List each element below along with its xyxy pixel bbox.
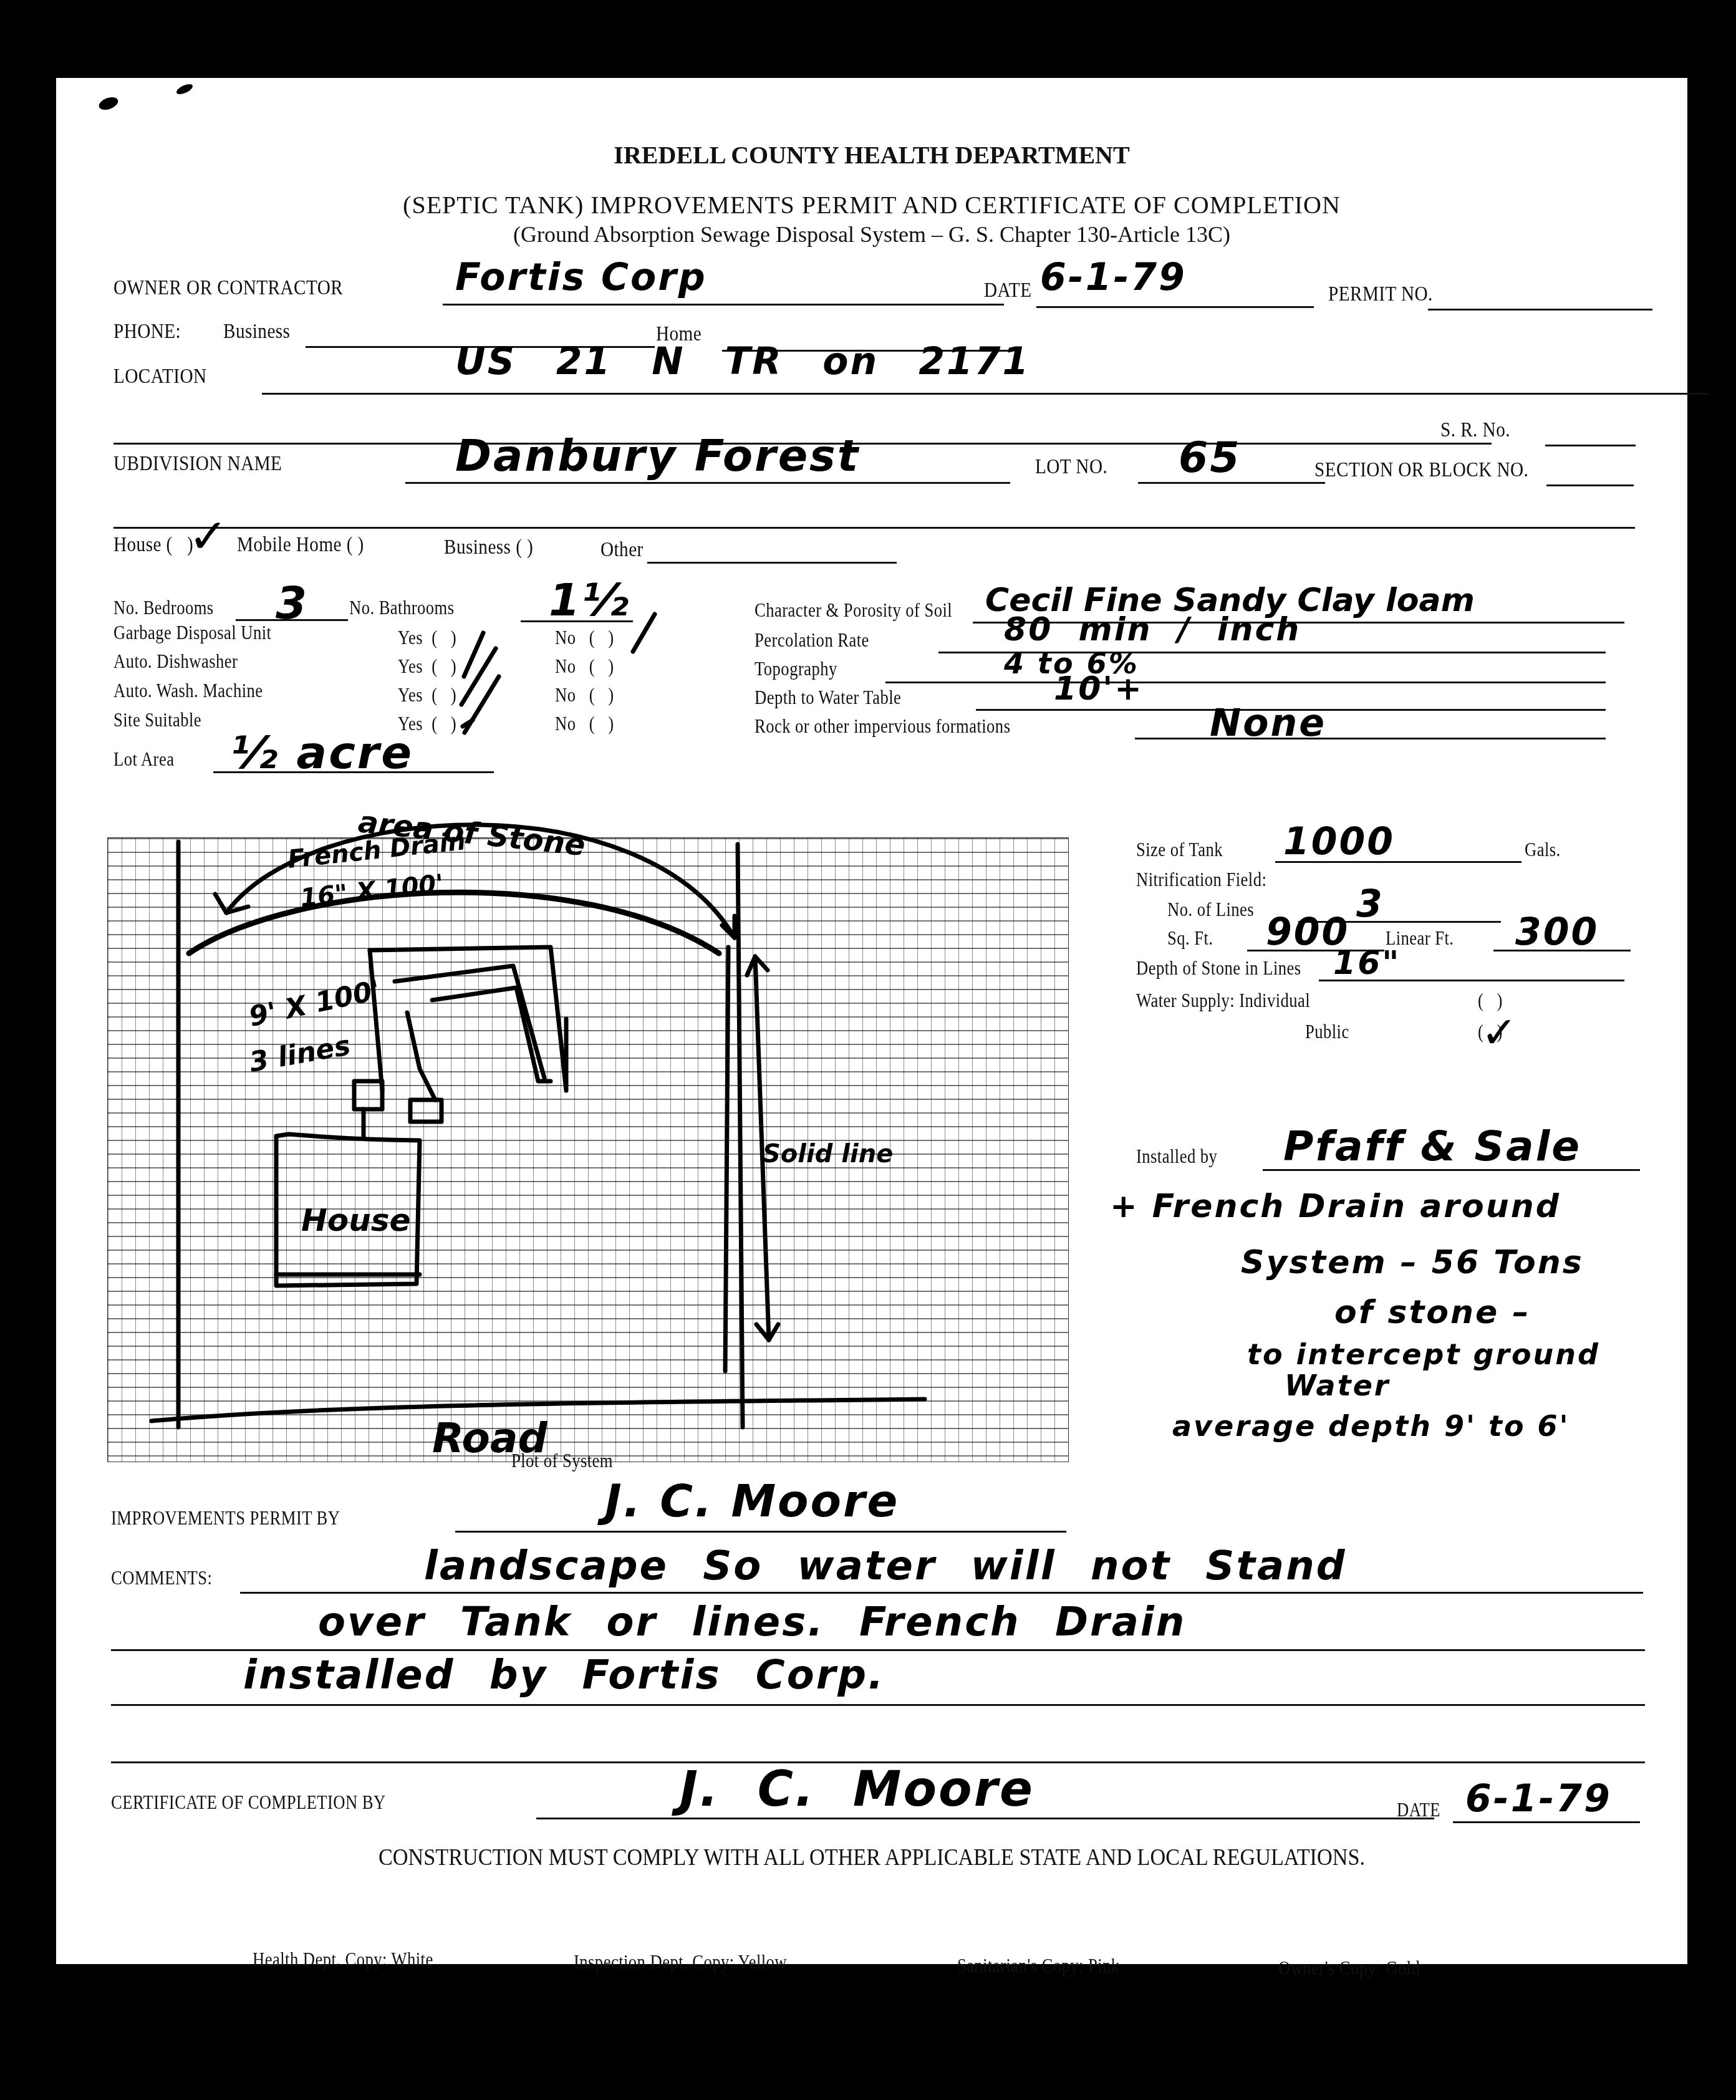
installer-note-line: + French Drain around (1110, 1188, 1561, 1225)
permit-form-page: IREDELL COUNTY HEALTH DEPARTMENT (SEPTIC… (56, 78, 1687, 1964)
copy-note: Owner's Copy: Gold (1278, 1957, 1420, 1980)
installer-note-line: average depth 9' to 6' (1172, 1409, 1570, 1443)
lot-area-field[interactable]: ½ acre (231, 726, 413, 779)
solid-line-note: Solid line (763, 1140, 893, 1168)
compliance-notice: CONSTRUCTION MUST COMPLY WITH ALL OTHER … (138, 1844, 1606, 1871)
soil-character-label: Character & Porosity of Soil (755, 599, 952, 622)
tank-size-label: Size of Tank (1136, 839, 1223, 861)
stone-depth-label: Depth of Stone in Lines (1136, 957, 1301, 980)
installed-by-label: Installed by (1136, 1145, 1217, 1168)
sqft-label: Sq. Ft. (1167, 927, 1213, 950)
certificate-by-label: CERTIFICATE OF COMPLETION BY (111, 1791, 386, 1814)
house-label: House (301, 1202, 410, 1238)
amenity-checkmarks (56, 78, 867, 826)
copy-note: Health Dept. Copy: White (253, 1948, 433, 1971)
french-drain-size-note: 16" X 100' (299, 869, 445, 913)
topography-label: Topography (755, 658, 837, 680)
perc-rate-field[interactable]: 80 min / inch (1004, 611, 1301, 648)
tank-size-field[interactable]: 1000 (1283, 820, 1395, 864)
sr-no-label: S. R. No. (1440, 418, 1510, 442)
public-label: Public (1305, 1021, 1349, 1043)
lines-field[interactable]: 3 (1356, 882, 1384, 926)
water-supply-label: Water Supply: Individual (1136, 990, 1310, 1012)
lines-label: No. of Lines (1167, 898, 1254, 921)
installer-note-line: to intercept ground (1247, 1337, 1600, 1371)
comments-label: COMMENTS: (111, 1567, 212, 1589)
rock-formations-field[interactable]: None (1210, 701, 1326, 745)
copy-note: Sanitarian's Copy: Pink (957, 1955, 1120, 1977)
comments-line[interactable]: landscape So water will not Stand (424, 1543, 1347, 1589)
perc-rate-label: Percolation Rate (755, 629, 869, 652)
lot-no-label: LOT NO. (1035, 455, 1107, 479)
water-table-label: Depth to Water Table (755, 686, 901, 709)
plot-caption: Plot of System (511, 1450, 613, 1472)
installer-note-line: System – 56 Tons (1241, 1244, 1584, 1281)
copy-note: Inspection Dept. Copy: Yellow (574, 1951, 787, 1973)
permit-by-signature[interactable]: J. C. Moore (605, 1475, 899, 1527)
installer-note-line: of stone – (1334, 1294, 1530, 1331)
lot-no-field[interactable]: 65 (1179, 433, 1242, 483)
certificate-date-label: DATE (1397, 1799, 1440, 1821)
date-field[interactable]: 6-1-79 (1040, 256, 1187, 299)
date-label: DATE (984, 279, 1031, 302)
section-label: SECTION OR BLOCK NO. (1314, 458, 1528, 482)
linear-ft-field[interactable]: 300 (1515, 910, 1599, 954)
plot-sketch: area of Stone French Drain 16" X 100' 9'… (108, 838, 1068, 1462)
certificate-signature[interactable]: J. C. Moore (680, 1761, 1034, 1818)
rock-formations-label: Rock or other impervious formations (755, 715, 1010, 738)
lines-size-note: 9' X 100' (246, 974, 383, 1033)
installer-note-line: Water (1285, 1369, 1391, 1402)
permit-no-label: PERMIT NO. (1328, 282, 1433, 306)
lot-area-label: Lot Area (113, 748, 174, 771)
tank-size-unit: Gals. (1525, 839, 1561, 861)
lines-count-note: 3 lines (247, 1029, 353, 1079)
installed-by-field[interactable]: Pfaff & Sale (1283, 1122, 1581, 1170)
comments-line[interactable]: installed by Fortis Corp. (243, 1652, 885, 1698)
certificate-date-field[interactable]: 6-1-79 (1465, 1777, 1612, 1821)
public-checkmark: ✓ (1481, 1007, 1518, 1058)
water-table-field[interactable]: 10'+ (1054, 670, 1144, 708)
comments-line[interactable]: over Tank or lines. French Drain (318, 1599, 1186, 1645)
plot-grid: area of Stone French Drain 16" X 100' 9'… (107, 837, 1069, 1462)
nitrification-label: Nitrification Field: (1136, 869, 1266, 891)
permit-by-label: IMPROVEMENTS PERMIT BY (111, 1507, 340, 1529)
stone-depth-field[interactable]: 16" (1333, 945, 1401, 982)
